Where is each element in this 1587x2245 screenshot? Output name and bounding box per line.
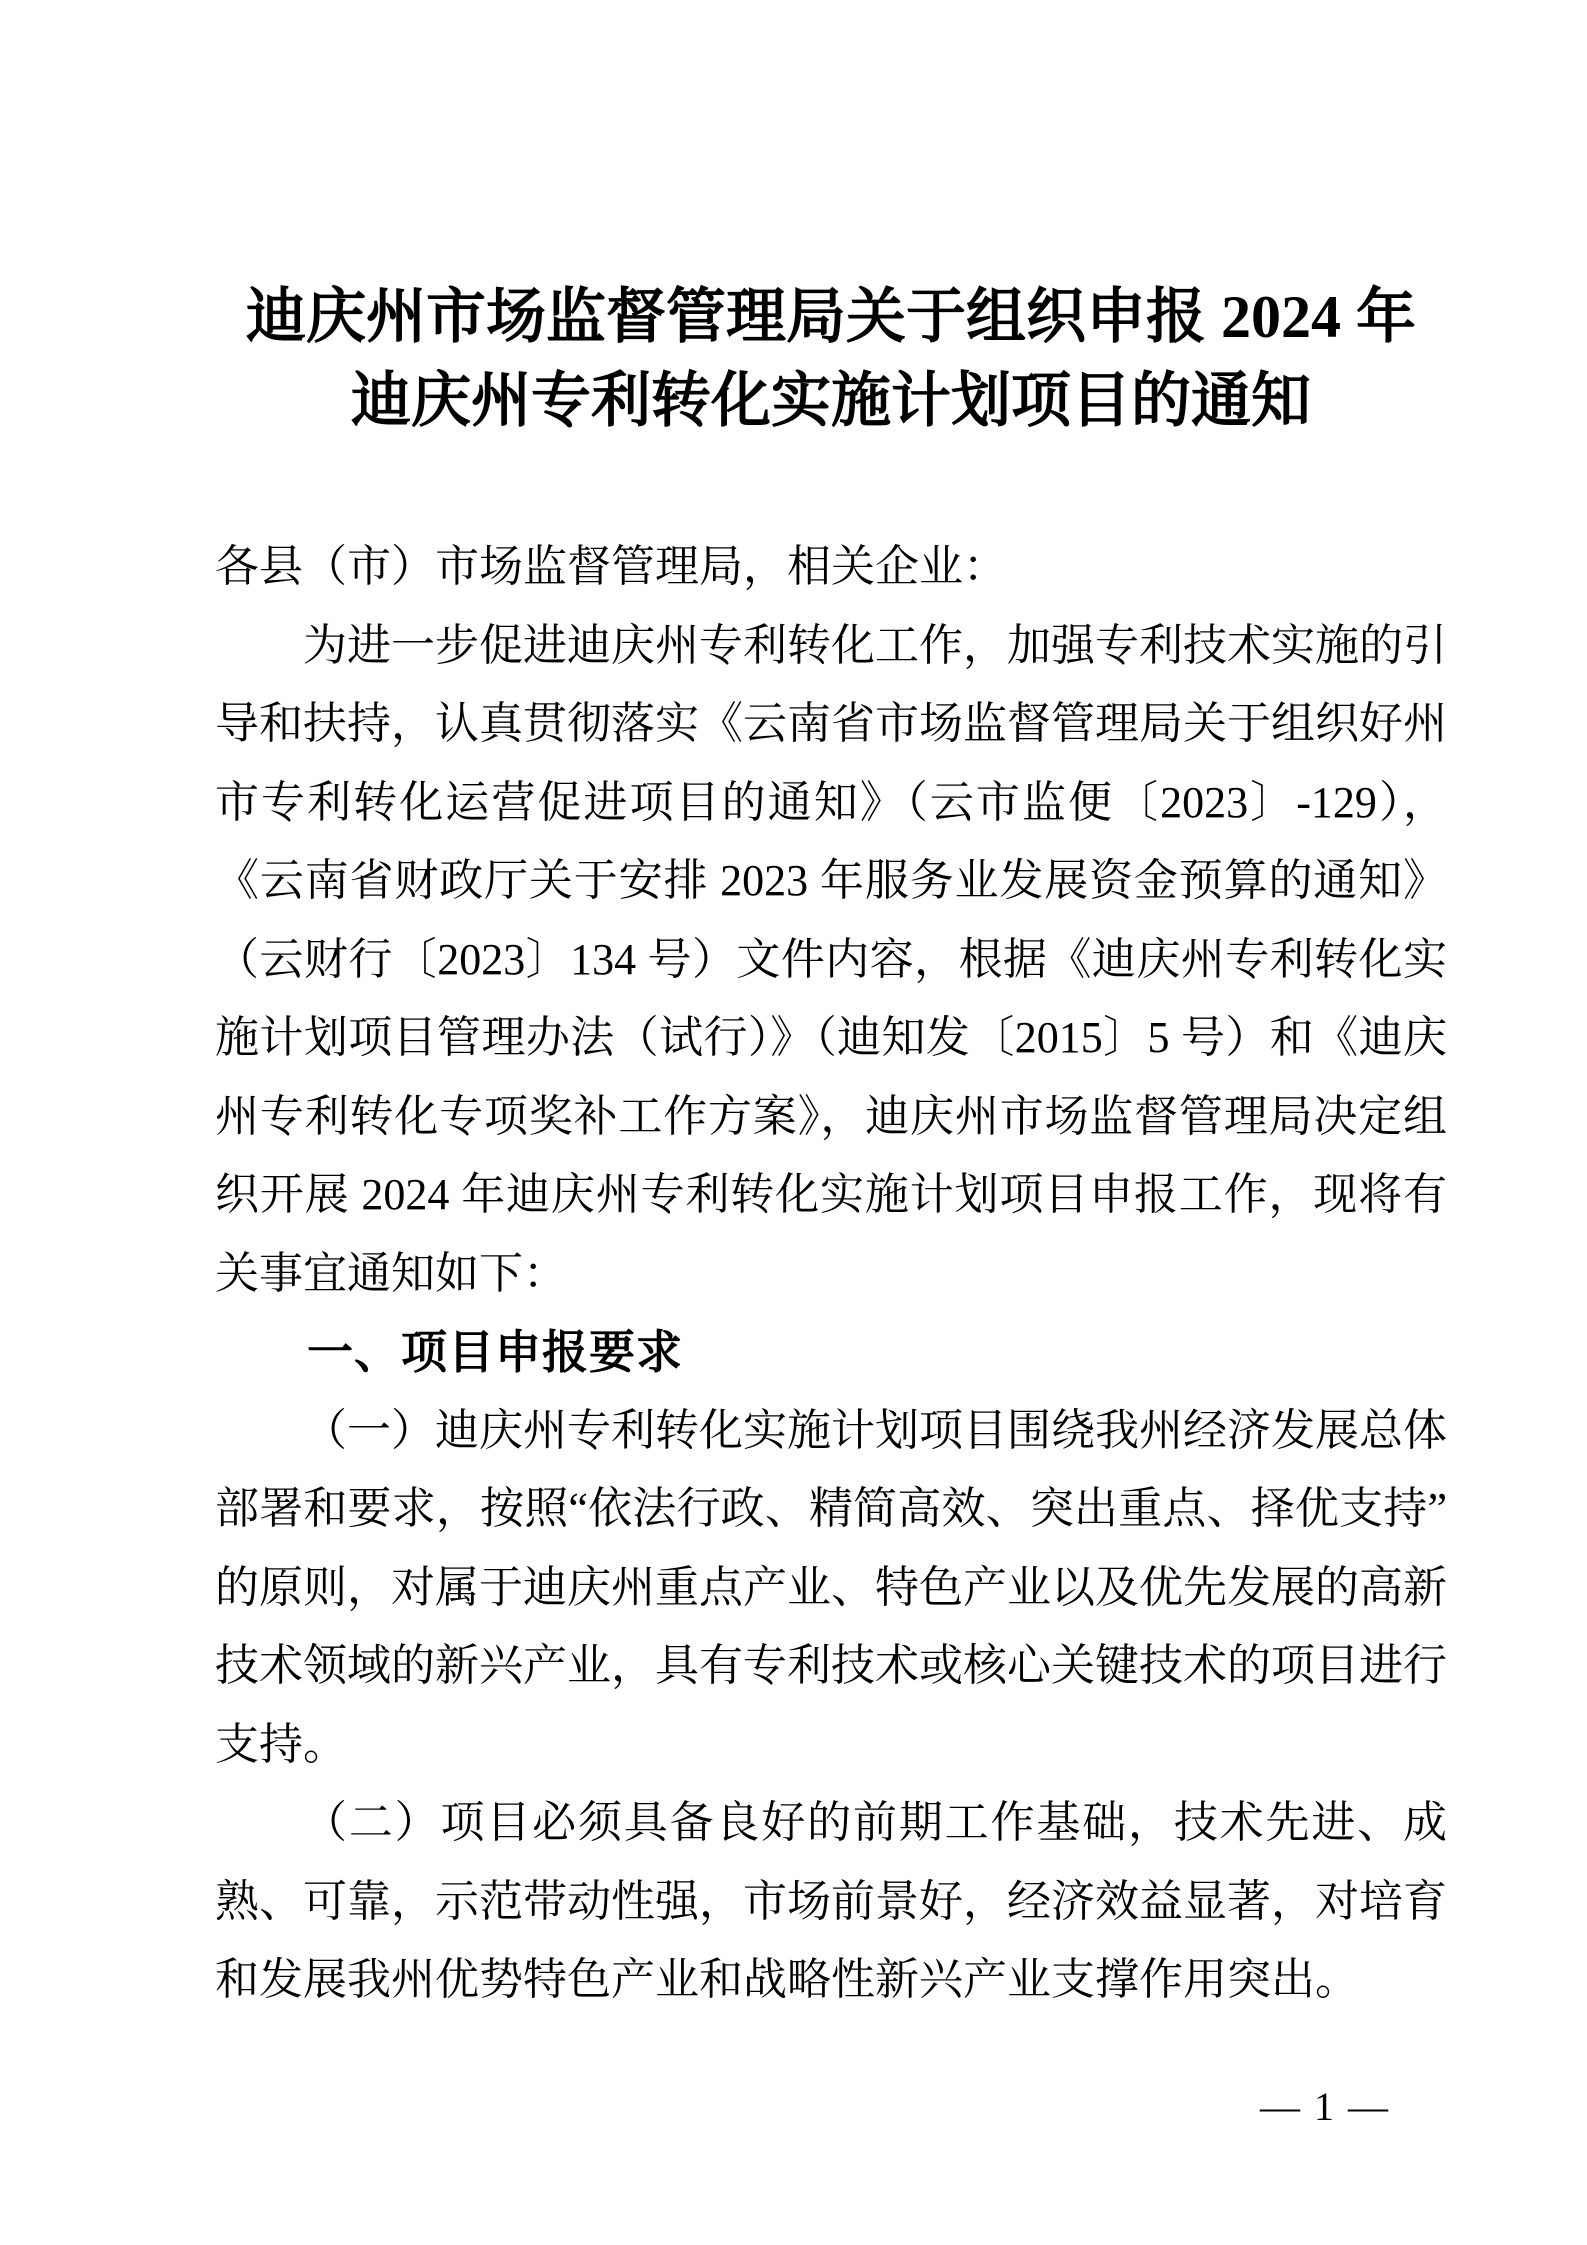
document-title: 迪庆州市场监督管理局关于组织申报 2024 年 迪庆州专利转化实施计划项目的通知 bbox=[215, 275, 1447, 443]
document-content: 迪庆州市场监督管理局关于组织申报 2024 年 迪庆州专利转化实施计划项目的通知… bbox=[0, 275, 1587, 2020]
document-title-line-1: 迪庆州市场监督管理局关于组织申报 2024 年 bbox=[215, 275, 1447, 359]
section-1-heading: 一、项目申报要求 bbox=[215, 1313, 1447, 1392]
section-1-item-2: （二）项目必须具备良好的前期工作基础，技术先进、成熟、可靠，示范带动性强，市场前… bbox=[215, 1784, 1447, 2020]
document-title-line-2: 迪庆州专利转化实施计划项目的通知 bbox=[215, 359, 1447, 443]
document-page: 迪庆州市场监督管理局关于组织申报 2024 年 迪庆州专利转化实施计划项目的通知… bbox=[0, 0, 1587, 2245]
section-1-item-1: （一）迪庆州专利转化实施计划项目围绕我州经济发展总体部署和要求，按照“依法行政、… bbox=[215, 1392, 1447, 1785]
salutation-line: 各县（市）市场监督管理局，相关企业： bbox=[215, 528, 1447, 607]
page-number: — 1 — bbox=[1260, 2083, 1390, 2130]
intro-paragraph: 为进一步促进迪庆州专利转化工作，加强专利技术实施的引导和扶持，认真贯彻落实《云南… bbox=[215, 607, 1447, 1314]
